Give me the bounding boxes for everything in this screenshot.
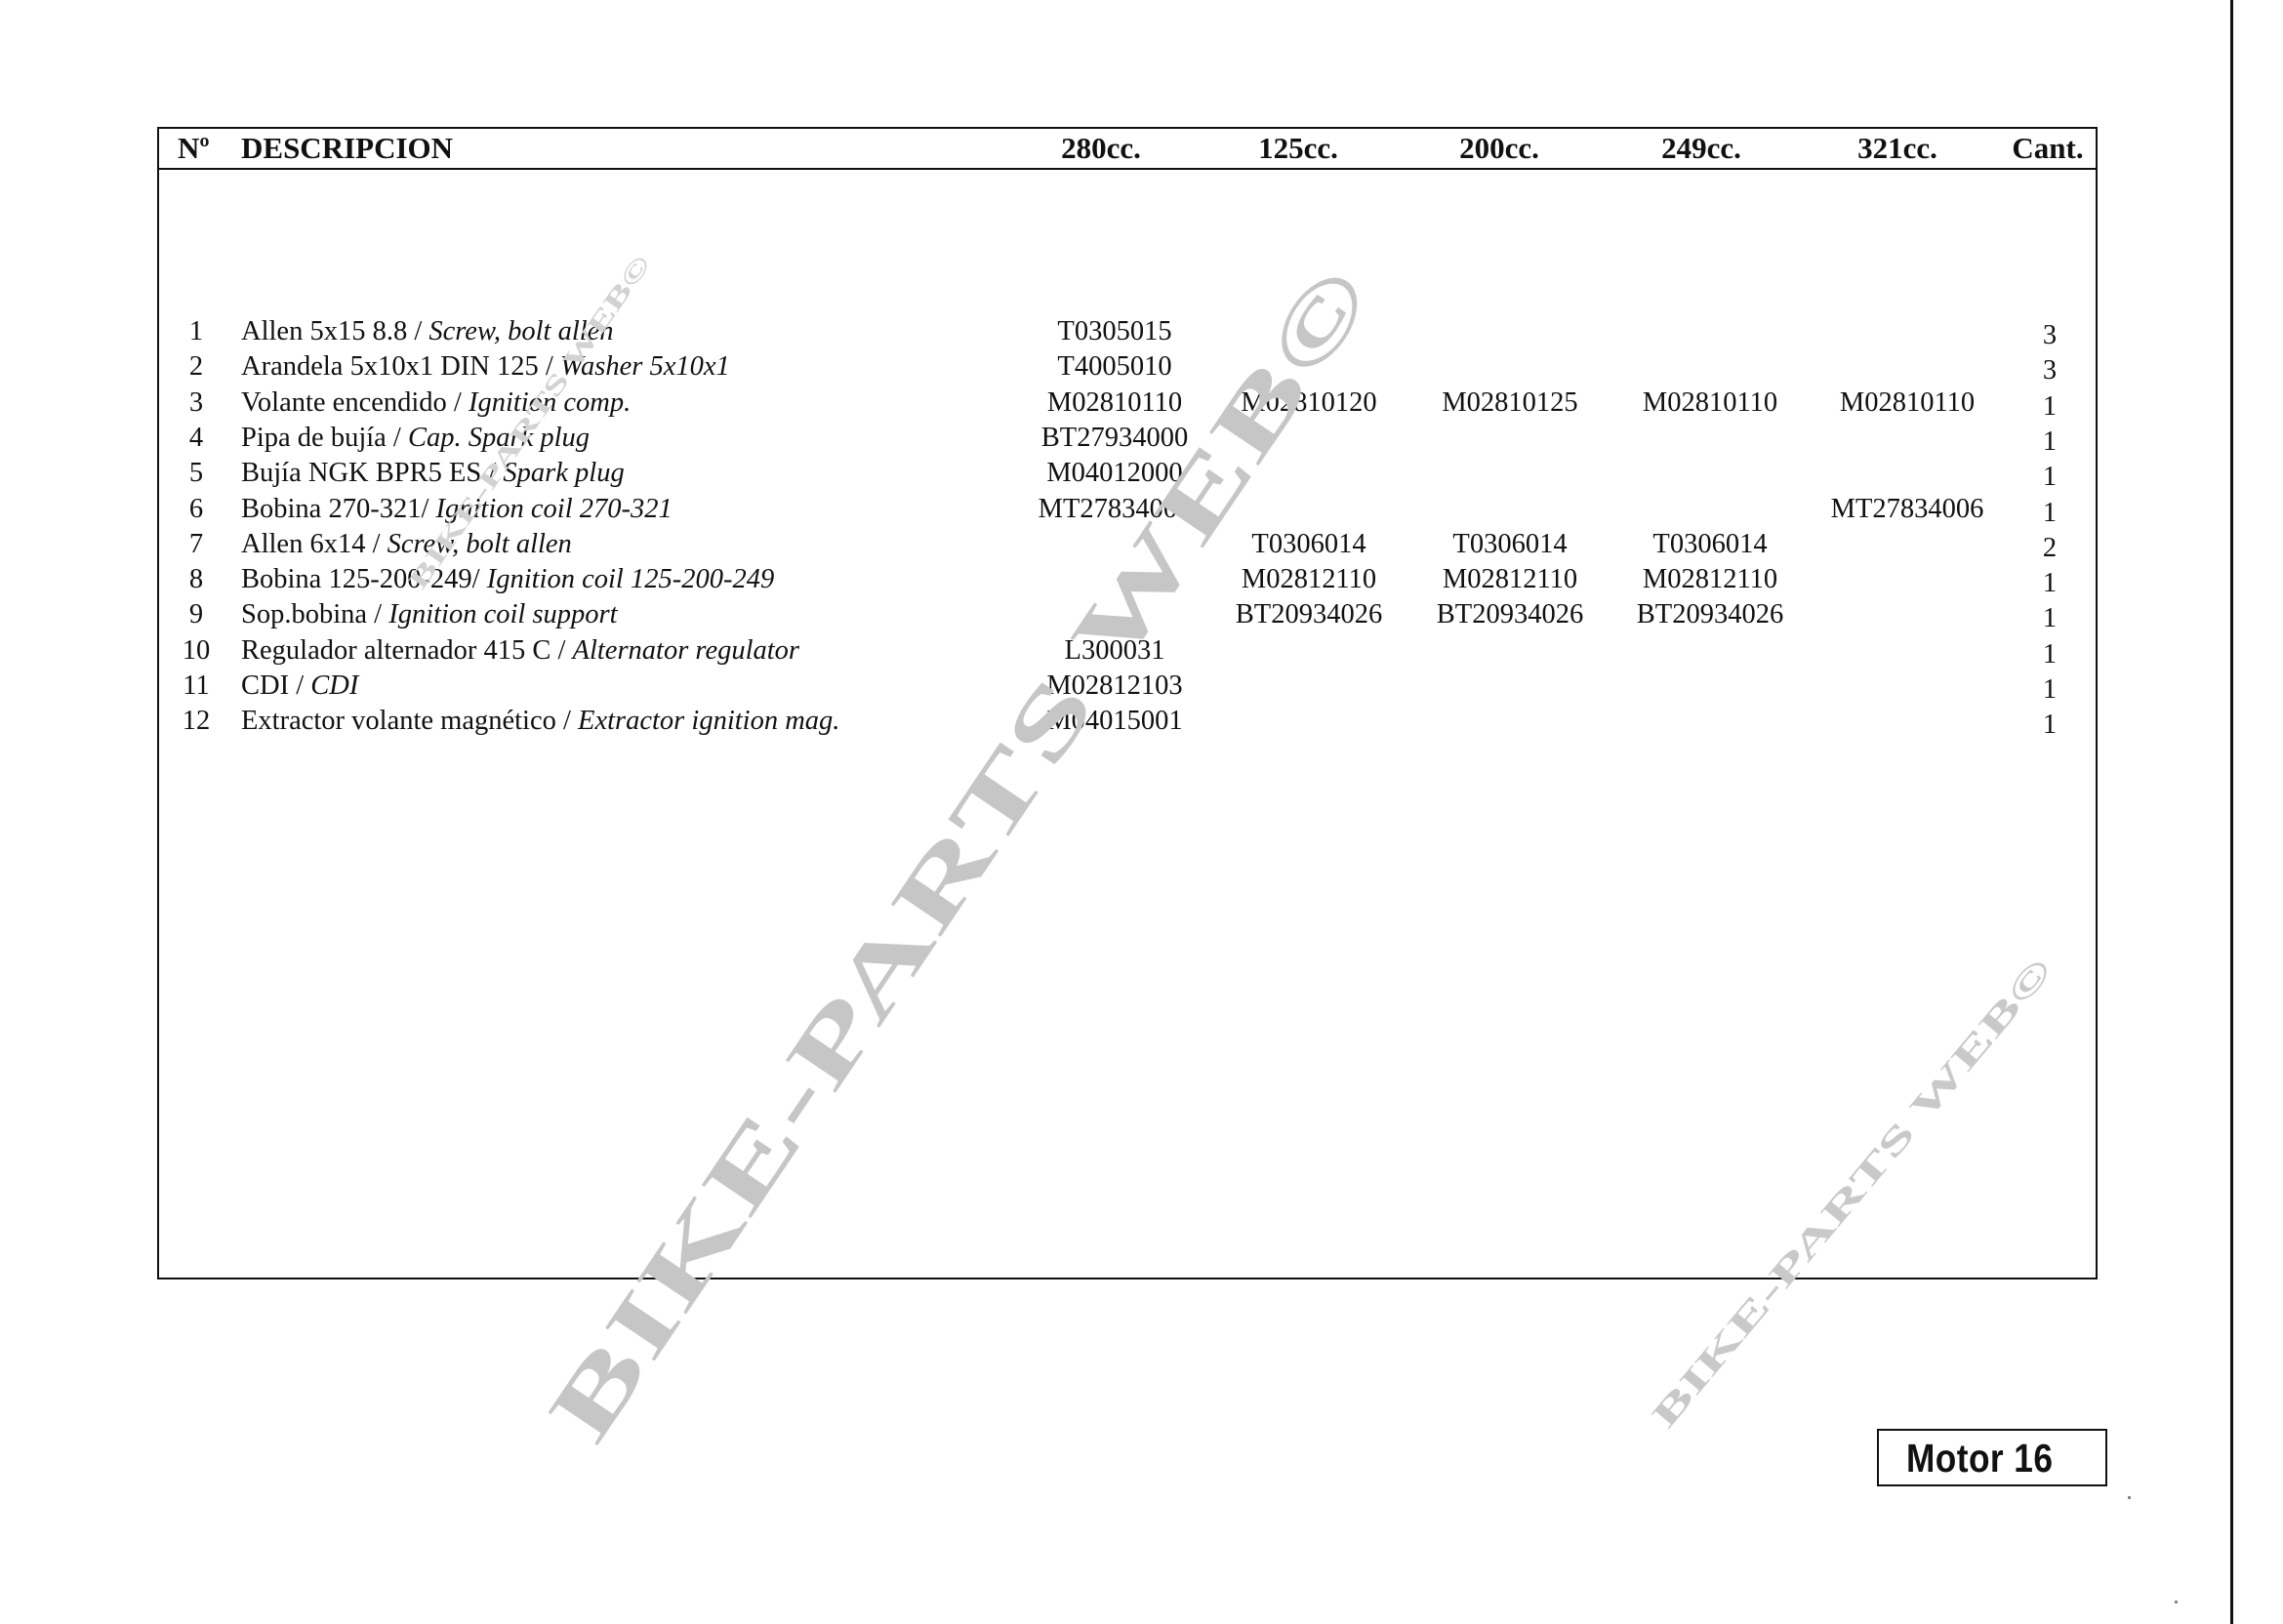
row-description: Bujía NGK BPR5 ES / Spark plug [241, 456, 625, 491]
table-row: 8Bobina 125-200-249/ Ignition coil 125-2… [159, 562, 2096, 597]
row-description: Pipa de bujía / Cap. Spark plug [241, 421, 590, 456]
description-spanish: CDI / [241, 670, 310, 701]
row-number: 4 [177, 421, 216, 456]
description-english: Alternator regulator [573, 635, 799, 666]
row-description: Extractor volante magnético / Extractor … [241, 704, 839, 739]
part-number-c280: MT27834006 [1039, 492, 1192, 527]
description-spanish: Sop.bobina / [241, 599, 388, 629]
row-description: Allen 5x15 8.8 / Screw, bolt allen [241, 314, 614, 349]
description-spanish: Bobina 125-200-249/ [241, 564, 487, 594]
part-number-c280: M04012000 [1046, 456, 1182, 491]
part-number-c125: BT20934026 [1236, 597, 1382, 632]
part-number-c280: M02810110 [1047, 386, 1182, 421]
row-description: Volante encendido / Ignition comp. [241, 386, 631, 421]
quantity: 1 [2030, 637, 2069, 672]
part-number-c321: M02810110 [1840, 386, 1975, 421]
header-125cc: 125cc. [1258, 129, 1338, 168]
description-english: Ignition coil 125-200-249 [487, 564, 774, 594]
row-number: 2 [177, 349, 216, 385]
row-description: Bobina 270-321/ Ignition coil 270-321 [241, 492, 673, 527]
page-section-label: Motor 16 [1906, 1434, 2053, 1482]
part-number-c125: T0306014 [1251, 527, 1366, 562]
table-row: 6Bobina 270-321/ Ignition coil 270-321MT… [159, 492, 2096, 527]
header-200cc: 200cc. [1459, 129, 1539, 168]
header-321cc: 321cc. [1857, 129, 1937, 168]
description-spanish: Arandela 5x10x1 DIN 125 / [241, 351, 560, 382]
part-number-c125: M02812110 [1242, 562, 1376, 597]
row-number: 12 [177, 704, 216, 739]
part-number-c280: BT27934000 [1041, 421, 1188, 456]
row-number: 11 [177, 669, 216, 704]
part-number-c200: T0306014 [1452, 527, 1567, 562]
part-number-c200: M02810125 [1442, 386, 1577, 421]
description-english: Ignition comp. [469, 387, 631, 418]
description-english: Screw, bolt allen [428, 316, 613, 346]
table-header: Nº DESCRIPCION 280cc. 125cc. 200cc. 249c… [159, 129, 2096, 170]
table-row: 10Regulador alternador 415 C / Alternato… [159, 633, 2096, 669]
description-spanish: Volante encendido / [241, 387, 469, 418]
quantity: 1 [2030, 389, 2069, 425]
table-row: 1Allen 5x15 8.8 / Screw, bolt allenT0305… [159, 314, 2096, 349]
table-row: 12Extractor volante magnético / Extracto… [159, 704, 2096, 739]
part-number-c280: L300031 [1065, 633, 1165, 669]
description-spanish: Extractor volante magnético / [241, 706, 578, 736]
part-number-c280: M02812103 [1046, 669, 1182, 704]
part-number-c200: M02812110 [1443, 562, 1577, 597]
row-number: 10 [177, 633, 216, 669]
table-row: 7Allen 6x14 / Screw, bolt allenT0306014T… [159, 527, 2096, 562]
quantity: 1 [2030, 566, 2069, 601]
table-row: 3Volante encendido / Ignition comp.M0281… [159, 386, 2096, 421]
page-edge-rule [2230, 0, 2233, 1624]
description-english: Ignition coil 270-321 [436, 494, 673, 524]
description-english: Spark plug [503, 458, 624, 488]
quantity: 1 [2030, 601, 2069, 636]
description-english: CDI [310, 670, 358, 701]
row-description: Allen 6x14 / Screw, bolt allen [241, 527, 572, 562]
description-english: Washer 5x10x1 [560, 351, 730, 382]
description-english: Extractor ignition mag. [578, 706, 839, 736]
header-280cc: 280cc. [1061, 129, 1141, 168]
quantity: 1 [2030, 708, 2069, 743]
quantity: 3 [2030, 353, 2069, 388]
row-description: Regulador alternador 415 C / Alternator … [241, 633, 799, 669]
part-number-c280: M04015001 [1046, 704, 1182, 739]
quantity: 3 [2030, 318, 2069, 353]
scan-speck [2175, 1601, 2178, 1604]
part-number-c280: T4005010 [1057, 349, 1171, 385]
row-description: Arandela 5x10x1 DIN 125 / Washer 5x10x1 [241, 349, 730, 385]
description-spanish: Bobina 270-321/ [241, 494, 436, 524]
header-249cc: 249cc. [1661, 129, 1741, 168]
row-number: 8 [177, 562, 216, 597]
parts-table: Nº DESCRIPCION 280cc. 125cc. 200cc. 249c… [157, 127, 2098, 1279]
quantity: 1 [2030, 672, 2069, 708]
table-row: 2Arandela 5x10x1 DIN 125 / Washer 5x10x1… [159, 349, 2096, 385]
page-section-label-box: Motor 16 [1877, 1429, 2107, 1486]
part-number-c249: BT20934026 [1637, 597, 1783, 632]
row-description: Bobina 125-200-249/ Ignition coil 125-20… [241, 562, 774, 597]
description-spanish: Bujía NGK BPR5 ES / [241, 458, 503, 488]
quantity: 1 [2030, 425, 2069, 460]
quantity: 1 [2030, 460, 2069, 495]
row-number: 9 [177, 597, 216, 632]
part-number-c125: M02810120 [1241, 386, 1376, 421]
part-number-c249: M02810110 [1643, 386, 1777, 421]
description-spanish: Regulador alternador 415 C / [241, 635, 573, 666]
header-qty: Cant. [2012, 129, 2083, 168]
scan-speck [2128, 1496, 2131, 1499]
row-number: 5 [177, 456, 216, 491]
description-spanish: Allen 6x14 / [241, 529, 387, 559]
part-number-c280: T0305015 [1057, 314, 1171, 349]
row-description: Sop.bobina / Ignition coil support [241, 597, 618, 632]
description-english: Cap. Spark plug [408, 423, 590, 453]
description-spanish: Pipa de bujía / [241, 423, 408, 453]
part-number-c200: BT20934026 [1437, 597, 1583, 632]
description-english: Screw, bolt allen [387, 529, 572, 559]
table-row: 11CDI / CDIM028121031 [159, 669, 2096, 704]
description-spanish: Allen 5x15 8.8 / [241, 316, 428, 346]
table-row: 9Sop.bobina / Ignition coil supportBT209… [159, 597, 2096, 632]
table-row: 4Pipa de bujía / Cap. Spark plugBT279340… [159, 421, 2096, 456]
header-no: Nº [178, 129, 210, 168]
part-number-c321: MT27834006 [1831, 492, 1984, 527]
header-description: DESCRIPCION [241, 129, 453, 168]
quantity: 1 [2030, 496, 2069, 531]
row-number: 7 [177, 527, 216, 562]
part-number-c249: T0306014 [1652, 527, 1767, 562]
part-number-c249: M02812110 [1643, 562, 1777, 597]
description-english: Ignition coil support [388, 599, 617, 629]
quantity: 2 [2030, 531, 2069, 566]
row-number: 6 [177, 492, 216, 527]
row-description: CDI / CDI [241, 669, 358, 704]
row-number: 3 [177, 386, 216, 421]
row-number: 1 [177, 314, 216, 349]
table-row: 5Bujía NGK BPR5 ES / Spark plugM04012000… [159, 456, 2096, 491]
